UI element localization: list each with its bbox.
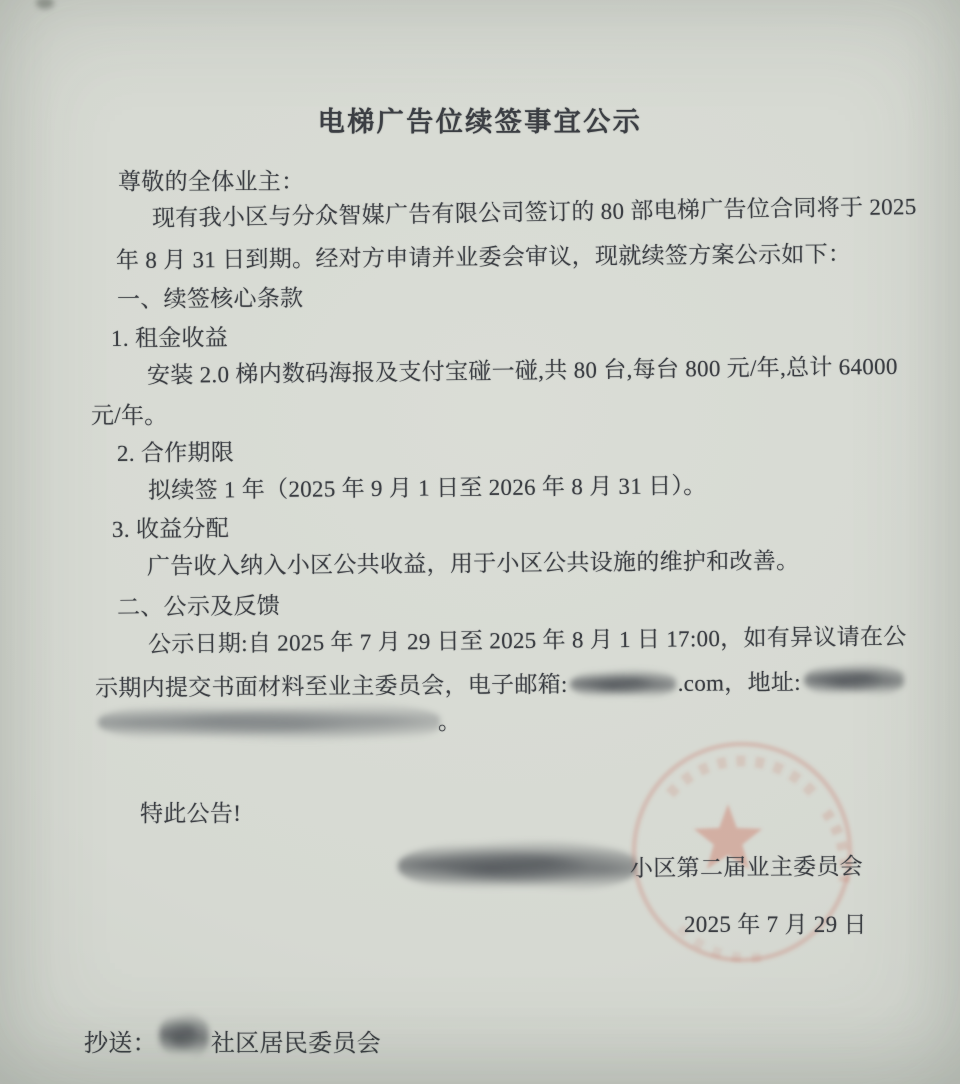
section-2-heading: 二、公示及反馈: [117, 592, 280, 622]
cc-label: 抄送：: [84, 1029, 157, 1059]
feedback-line-2-mid: .com，地址:: [678, 669, 801, 699]
document-photo: 电梯广告位续签事宜公示 尊敬的全体业主： 现有我小区与分众智媒广告有限公司签订的…: [0, 0, 960, 1084]
section-1-heading: 一、续签核心条款: [117, 285, 304, 315]
email-redaction-smudge: [570, 669, 676, 700]
address-period-mark: 。: [438, 708, 461, 737]
salutation-line: 尊敬的全体业主：: [118, 168, 304, 197]
address-redaction-smudge: [804, 663, 904, 698]
cc-body: 社区居民委员会: [211, 1029, 381, 1059]
item-3-heading: 3. 收益分配: [112, 515, 229, 545]
item-3-body: 广告收入纳入小区公共收益，用于小区公共设施的维护和改善。: [147, 547, 800, 581]
closing-line: 特此公告!: [140, 800, 241, 829]
signature-line: 小区第二届业主委员会: [630, 853, 863, 884]
item-2-body: 拟续签 1 年（2025 年 9 月 1 日至 2026 年 8 月 31 日）…: [148, 472, 707, 506]
intro-line-2: 年 8 月 31 日到期。经对方申请并业委会审议，现就续签方案公示如下：: [116, 241, 852, 276]
date-line: 2025 年 7 月 29 日: [684, 911, 867, 940]
feedback-line-2-prefix: 示期内提交书面材料至业主委员会，电子邮箱:: [95, 671, 568, 704]
address-line-2-smudge: [98, 700, 440, 746]
notice-title: 电梯广告位续签事宜公示: [0, 100, 960, 139]
intro-line-1: 现有我小区与分众智媒广告有限公司签订的 80 部电梯广告位合同将于 2025: [152, 193, 917, 234]
signature-redaction-smudge: [398, 841, 636, 893]
item-1-line-2: 元/年。: [91, 402, 168, 431]
cc-line: 抄送： 社区居民委员会: [84, 1021, 381, 1059]
feedback-line-2: 示期内提交书面材料至业主委员会，电子邮箱: .com，地址:: [95, 663, 904, 704]
cc-redaction-smudge: [159, 1013, 209, 1059]
seal-arc-text-top: [670, 761, 814, 794]
item-1-line-1: 安装 2.0 梯内数码海报及支付宝碰一碰,共 80 台,每台 800 元/年,总…: [147, 353, 898, 391]
paper-edge-mark: [36, 0, 54, 9]
feedback-line-1: 公示日期:自 2025 年 7 月 29 日至 2025 年 8 月 1 日 1…: [148, 623, 907, 660]
item-2-heading: 2. 合作期限: [117, 439, 234, 469]
item-1-heading: 1. 租金收益: [111, 324, 228, 354]
